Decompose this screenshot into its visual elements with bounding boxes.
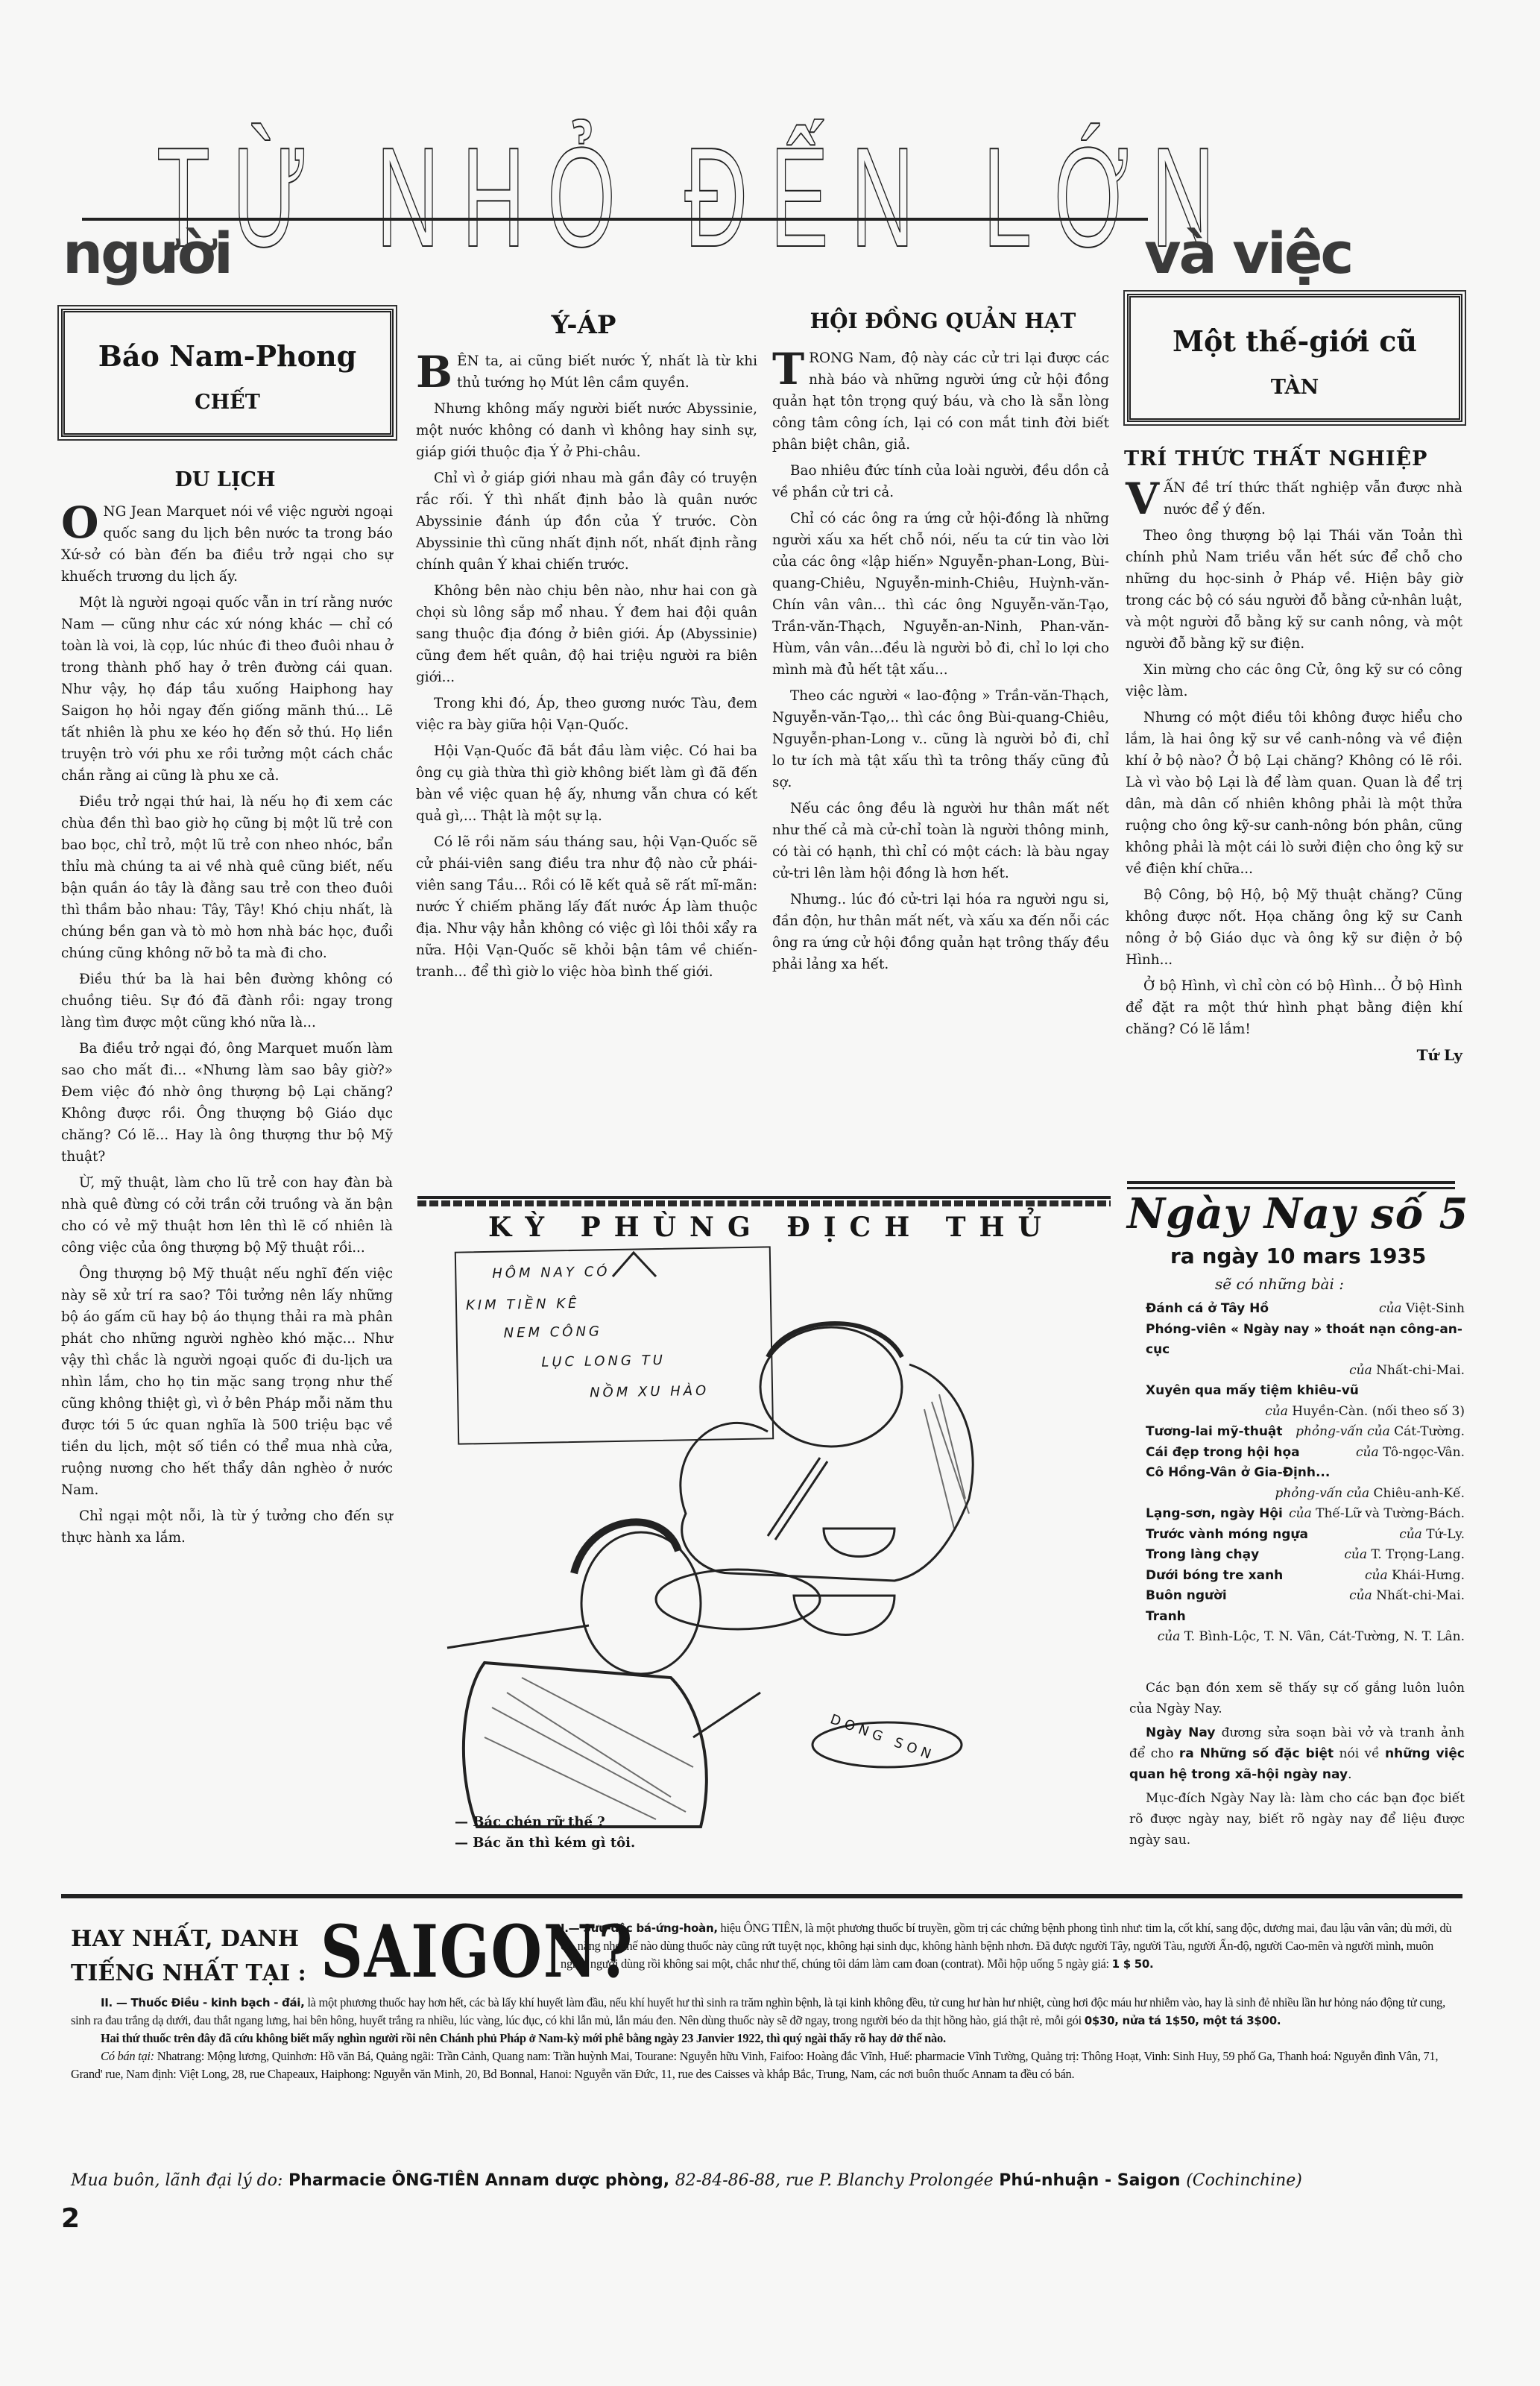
ngay-nay-title: Ngày Nay số 5 <box>1127 1189 1469 1238</box>
list-item: Tranhcủa T. Bình-Lộc, T. N. Vân, Cát-Tườ… <box>1129 1607 1465 1648</box>
article-heading-du-lich: DU LỊCH <box>61 468 389 491</box>
divider <box>1127 1181 1455 1184</box>
box-subtitle: TÀN <box>1131 376 1459 399</box>
list-item: Cái đẹp trong hội họacủa Tô-ngọc-Vân. <box>1129 1443 1465 1464</box>
list-item: Xuyên qua mấy tiệm khiêu-vũcủa Huyền-Càn… <box>1129 1381 1465 1422</box>
the-gioi-cu-title-box: Một thế-giới cũ TÀN <box>1127 294 1462 422</box>
ad-footer: Mua buôn, lãnh đại lý do: Pharmacie ÔNG-… <box>71 2171 1487 2190</box>
drop-cap: B <box>416 352 452 392</box>
page-number: 2 <box>61 2203 80 2234</box>
drop-cap: V <box>1126 479 1159 519</box>
list-item: Đánh cá ở Tây Hồcủa Việt-Sinh <box>1129 1299 1465 1320</box>
list-item: Dưới bóng tre xanhcủa Khái-Hưng. <box>1129 1566 1465 1587</box>
drop-cap: O <box>61 503 99 543</box>
ad-headline: HAY NHẤT, DANH TIẾNG NHẤT TẠI : <box>71 1922 306 1991</box>
article-heading-tri-thuc: TRÍ THỨC THẤT NGHIỆP <box>1124 447 1463 470</box>
list-item: Tương-lai mỹ-thuậtphỏng-vấn của Cát-Tườn… <box>1129 1422 1465 1443</box>
article-hoi-dong-quan-hat: TRONG Nam, độ này các cử tri lại được cá… <box>772 347 1109 980</box>
ngay-nay-date: ra ngày 10 mars 1935 <box>1170 1244 1426 1268</box>
masthead-rule <box>82 218 1148 221</box>
ngay-nay-paragraphs: Các bạn đón xem sẽ thấy sự cố gắng luôn … <box>1129 1678 1465 1854</box>
list-item: Buôn ngườicủa Nhất-chi-Mai. <box>1129 1586 1465 1607</box>
cartoon-top-dotted-rule <box>417 1200 1111 1206</box>
article-tri-thuc-that-nghiep: VẤN đề trí thức thất nghiệp vẫn được nhà… <box>1126 477 1462 1066</box>
ngay-nay-article-list: Đánh cá ở Tây Hồcủa Việt-Sinh Phóng-viên… <box>1129 1299 1465 1648</box>
list-item: Lạng-sơn, ngày Hộicủa Thế-Lữ và Tường-Bá… <box>1129 1504 1465 1525</box>
masthead-right-word: và việc <box>1144 224 1351 283</box>
masthead-title: TỪ NHỎ ĐẾN LỚN <box>157 149 942 246</box>
box-subtitle: CHẾT <box>65 391 390 414</box>
article-heading-hoi-dong: HỘI ĐỒNG QUẢN HẠT <box>771 309 1114 333</box>
list-item: Trong làng chạycủa T. Trọng-Lang. <box>1129 1545 1465 1566</box>
article-du-lich: ONG Jean Marquet nói về việc người ngoại… <box>61 501 393 1553</box>
article-y-ap: BÊN ta, ai cũng biết nước Ý, nhất là từ … <box>416 350 757 987</box>
cartoon-top-rule <box>417 1196 1111 1199</box>
list-item: Trước vành móng ngựacủa Tứ-Ly. <box>1129 1525 1465 1546</box>
cartoon-caption-1: — Bác chén rữ thế ? <box>455 1812 605 1833</box>
list-item: Cô Hồng-Vân ở Gia-Định...phỏng-vấn của C… <box>1129 1463 1465 1504</box>
article-heading-y-ap: Ý-ÁP <box>408 310 759 340</box>
nam-phong-title-box: Báo Nam-Phong CHẾT <box>61 309 394 437</box>
ad-top-rule <box>61 1894 1462 1898</box>
masthead-left-word: người <box>63 224 231 283</box>
cartoon-caption-2: — Bác ăn thì kém gì tôi. <box>455 1833 635 1854</box>
author-signature: Tứ Ly <box>1126 1045 1462 1066</box>
box-title: Một thế-giới cũ <box>1131 324 1459 358</box>
ad-item-1: I.— Sưu-độc bá-ứng-hoàn, hiệu ÔNG TIÊN, … <box>561 1919 1462 1973</box>
ngay-nay-intro: sẽ có những bài : <box>1215 1275 1344 1293</box>
ad-item-2: II. — Thuốc Điều - kinh bạch - đái, là m… <box>71 1994 1462 2083</box>
cartoon-illustration <box>417 1230 1126 1872</box>
box-title: Báo Nam-Phong <box>65 339 390 373</box>
drop-cap: T <box>772 349 804 389</box>
list-item: Phóng-viên « Ngày nay » thoát nạn công-a… <box>1129 1320 1465 1382</box>
